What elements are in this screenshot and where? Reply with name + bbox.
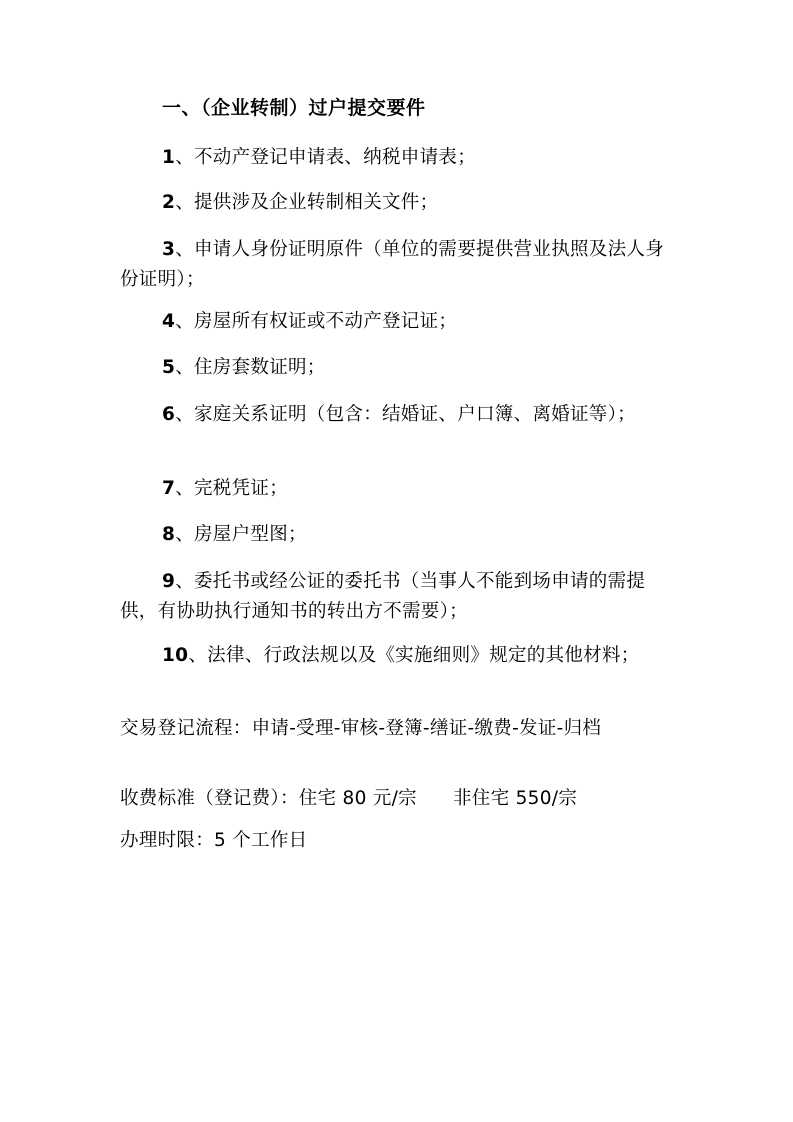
item-number: 1 <box>162 147 175 168</box>
item-separator: 、 <box>175 571 194 592</box>
requirement-item-1: 1、不动产登记申请表、纳税申请表； <box>120 143 668 173</box>
item-separator: 、 <box>175 239 194 260</box>
fee-residential: 收费标准（登记费）：住宅 80 元/宗 <box>120 788 417 809</box>
item-text: 完税凭证； <box>194 478 288 499</box>
item-text: 法律、行政法规以及《实施细则》规定的其他材料； <box>207 645 639 666</box>
requirement-item-4: 4、房屋所有权证或不动产登记证； <box>120 307 668 337</box>
item-separator: 、 <box>175 524 194 545</box>
item-text: 申请人身份证明原件（单位的需要提供营业执照及法人身份证明）； <box>120 239 664 290</box>
requirement-item-8: 8、房屋户型图； <box>120 520 668 550</box>
item-number: 7 <box>162 478 175 499</box>
item-number: 2 <box>162 192 175 213</box>
item-number: 6 <box>162 404 175 425</box>
fee-standard-text: 收费标准（登记费）：住宅 80 元/宗非住宅 550/宗 <box>120 784 668 814</box>
requirement-item-7: 7、完税凭证； <box>120 474 668 504</box>
item-number: 9 <box>162 571 175 592</box>
requirement-item-10: 10、法律、行政法规以及《实施细则》规定的其他材料； <box>120 641 668 671</box>
item-separator: 、 <box>188 645 207 666</box>
item-separator: 、 <box>175 192 194 213</box>
requirement-item-9: 9、委托书或经公证的委托书（当事人不能到场申请的需提供，有协助执行通知书的转出方… <box>120 567 668 627</box>
item-number: 3 <box>162 239 175 260</box>
requirement-item-6: 6、家庭关系证明（包含：结婚证、户口簿、离婚证等）； <box>120 400 668 430</box>
fee-non-residential: 非住宅 550/宗 <box>453 788 577 809</box>
item-separator: 、 <box>175 478 194 499</box>
item-text: 家庭关系证明（包含：结婚证、户口簿、离婚证等）； <box>194 404 636 425</box>
item-number: 10 <box>162 645 188 666</box>
item-number: 5 <box>162 357 175 378</box>
item-separator: 、 <box>175 357 194 378</box>
item-separator: 、 <box>175 404 194 425</box>
item-text: 房屋所有权证或不动产登记证； <box>194 311 457 332</box>
item-text: 提供涉及企业转制相关文件； <box>194 192 438 213</box>
requirement-item-2: 2、提供涉及企业转制相关文件； <box>120 188 668 218</box>
requirement-item-5: 5、住房套数证明； <box>120 353 668 383</box>
time-limit-text: 办理时限：5 个工作日 <box>120 826 668 856</box>
item-text: 房屋户型图； <box>194 524 307 545</box>
requirement-item-3: 3、申请人身份证明原件（单位的需要提供营业执照及法人身份证明）； <box>120 235 668 295</box>
item-separator: 、 <box>175 311 194 332</box>
item-number: 8 <box>162 524 175 545</box>
item-text: 住房套数证明； <box>194 357 326 378</box>
item-number: 4 <box>162 311 175 332</box>
item-separator: 、 <box>175 147 194 168</box>
item-text: 委托书或经公证的委托书（当事人不能到场申请的需提供，有协助执行通知书的转出方不需… <box>120 571 645 622</box>
section-title: 一、（企业转制）过户提交要件 <box>162 94 426 122</box>
process-flow-text: 交易登记流程：申请-受理-审核-登簿-缮证-缴费-发证-归档 <box>120 714 668 744</box>
item-text: 不动产登记申请表、纳税申请表； <box>194 147 476 168</box>
